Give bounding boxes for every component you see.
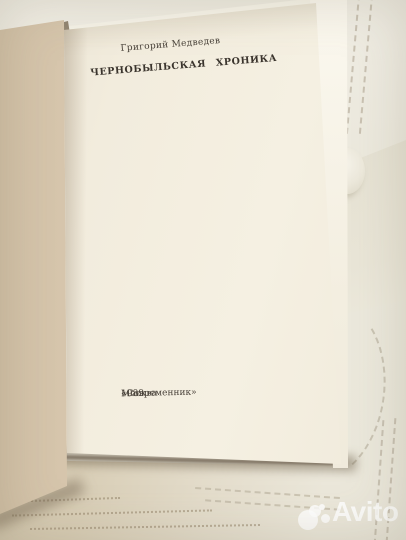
avito-logo-icon [294,498,330,532]
imprint-year: 1989 [121,388,144,401]
photo-scene: Григорий Медведев ЧЕРНОБЫЛЬСКАЯ ХРОНИКА … [0,0,406,540]
book-title: ЧЕРНОБЫЛЬСКАЯ ХРОНИКА [90,54,258,78]
avito-watermark: Avito [294,495,406,535]
avito-logo-circle [319,504,325,510]
avito-watermark-text: Avito [332,496,398,528]
imprint-block: Москва «Современник» 1989 [121,386,241,389]
avito-logo-circle [321,514,330,523]
